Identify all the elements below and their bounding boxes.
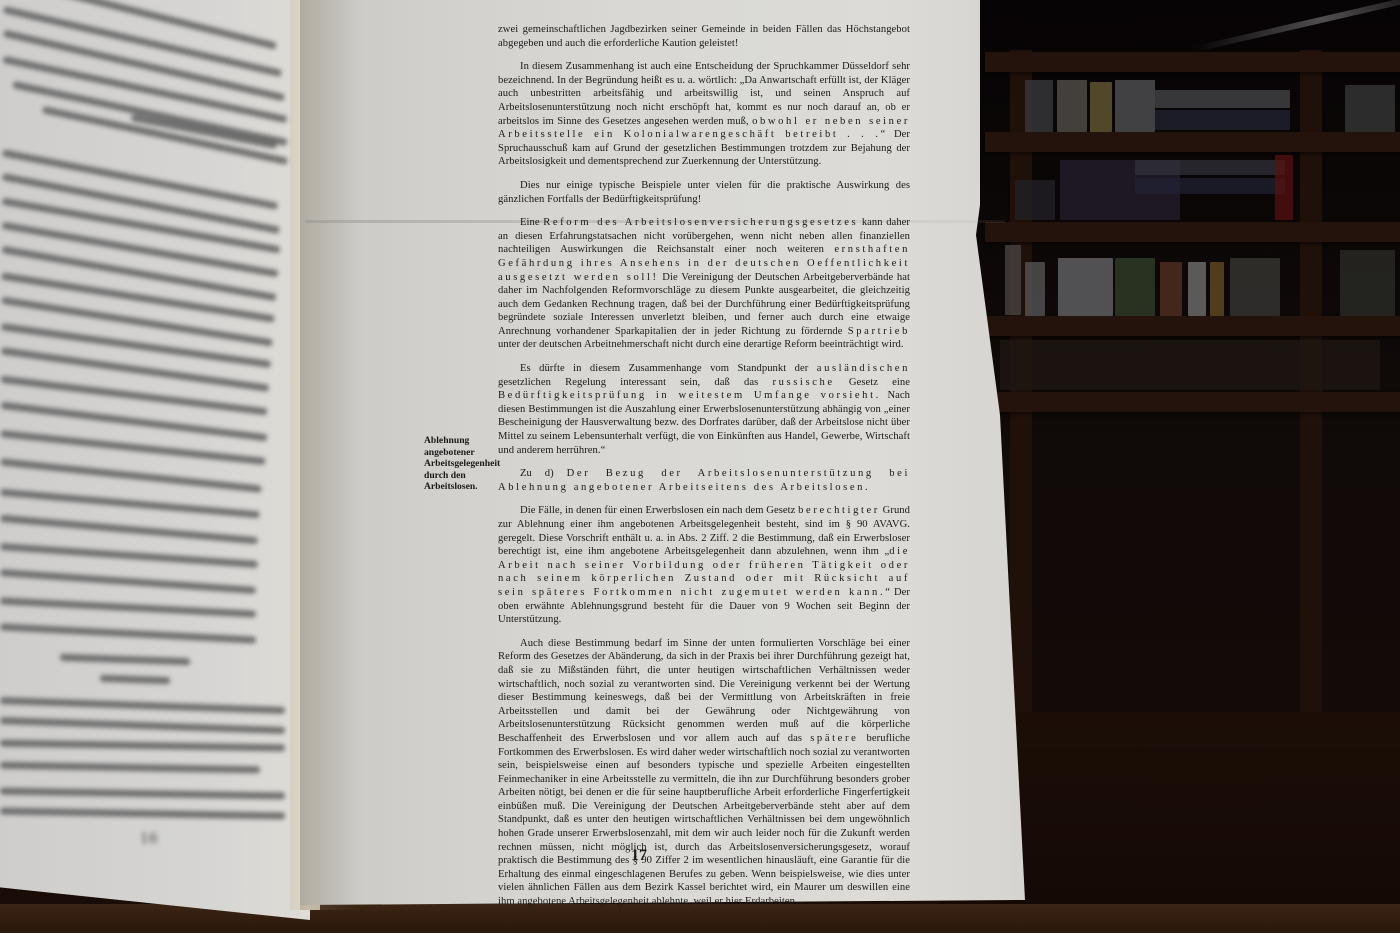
book <box>1115 258 1155 316</box>
shelf-board <box>985 132 1400 152</box>
spaced-emphasis: Spartrieb <box>848 326 910 337</box>
page-number: 17 <box>631 847 647 865</box>
book <box>1135 178 1285 194</box>
book <box>1025 262 1045 316</box>
book <box>1275 155 1293 220</box>
section-heading-d: Zu d) Der Bezug der Arbeitslosenunterstü… <box>498 467 910 494</box>
shelf-board <box>985 52 1400 72</box>
spaced-emphasis: berechtigter <box>798 505 880 516</box>
paragraph: Die Fälle, in denen für einen Erwerbslos… <box>498 504 910 626</box>
book <box>1005 245 1021 315</box>
book <box>1015 180 1055 220</box>
book <box>1230 258 1280 316</box>
book <box>1135 160 1285 175</box>
paragraph: Dies nur einige typische Beispiele unter… <box>498 179 910 206</box>
paragraph: Auch diese Bestimmung bedarf im Sinne de… <box>498 637 910 909</box>
book <box>1345 85 1395 132</box>
book <box>1155 90 1290 108</box>
book <box>1025 80 1053 132</box>
paragraph: zwei gemeinschaftlichen Jagdbezirken sei… <box>498 23 910 50</box>
shelf-board <box>985 392 1400 412</box>
book <box>1000 340 1380 390</box>
spaced-emphasis: Bedürftigkeitsprüfung in weitestem Umfan… <box>498 390 881 401</box>
spaced-emphasis: Reform des Arbeitslosenversicherungsgese… <box>543 217 858 228</box>
margin-note: Ablehnung angebotener Arbeitsgelegenheit… <box>424 435 494 493</box>
right-page-body: zwei gemeinschaftlichen Jagdbezirken sei… <box>498 23 910 919</box>
book <box>1058 258 1113 316</box>
book <box>1090 82 1112 132</box>
book <box>1210 262 1224 316</box>
spaced-emphasis: ausländischen <box>817 363 910 374</box>
book <box>1340 250 1395 316</box>
gutter-shadow <box>300 0 360 910</box>
paragraph: In diesem Zusammenhang ist auch eine Ent… <box>498 60 910 169</box>
spaced-emphasis: spätere <box>810 733 858 744</box>
paragraph: Es dürfte in diesem Zusammenhange vom St… <box>498 362 910 457</box>
spaced-emphasis: russische <box>772 377 834 388</box>
book <box>1155 110 1290 130</box>
shelf-board <box>985 316 1400 336</box>
book <box>1188 262 1206 316</box>
left-page-number: 16 <box>140 828 158 850</box>
book <box>1160 262 1182 316</box>
book <box>1057 80 1087 132</box>
paragraph: Eine Reform des Arbeitslosenversicherung… <box>498 216 910 352</box>
shelf-board <box>985 222 1400 242</box>
left-page-text-blurred: 16 <box>0 0 310 860</box>
book <box>1115 80 1155 132</box>
